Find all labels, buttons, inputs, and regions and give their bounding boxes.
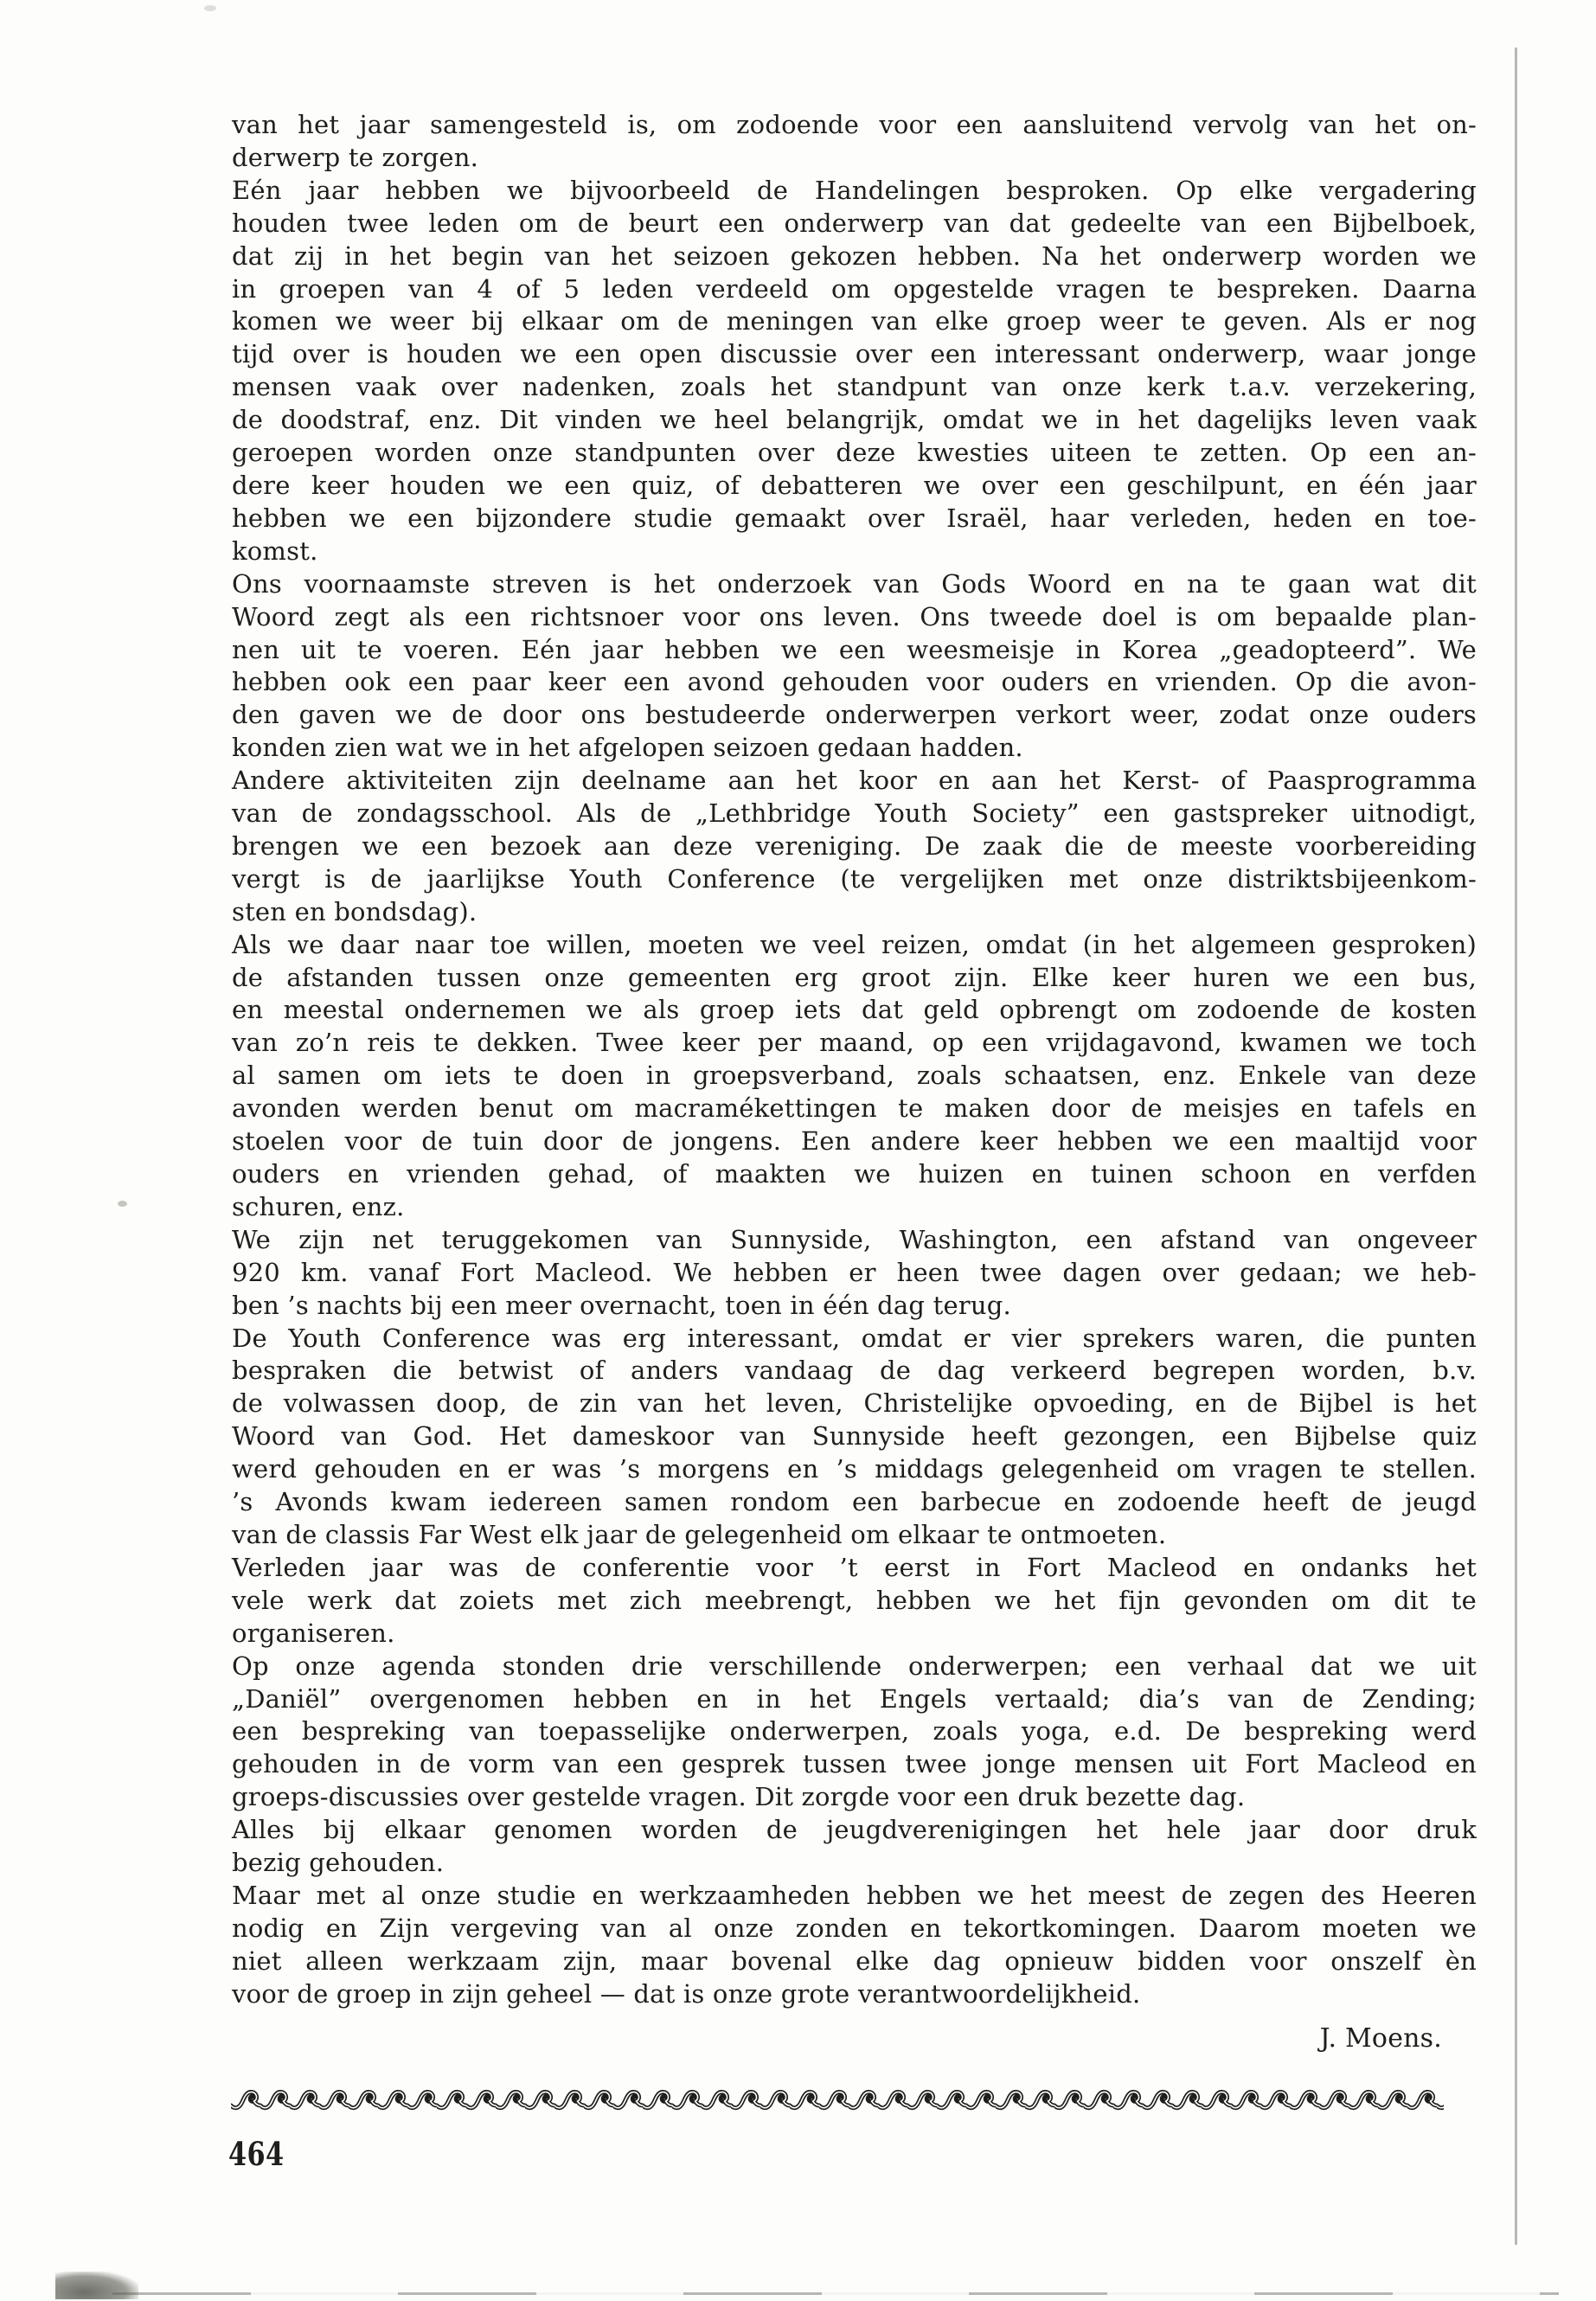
scanned-page: van het jaar samengesteld is, om zodoend… [0, 0, 1596, 2301]
body-line: tijd over is houden we een open discussi… [232, 338, 1477, 371]
body-line: organiseren. [232, 1618, 1477, 1650]
scan-artifact-right-edge-line [1515, 48, 1517, 2245]
body-line: gehouden in de vorm van een gesprek tuss… [232, 1748, 1477, 1781]
body-line: van de zondagsschool. Als de „Lethbridge… [232, 798, 1477, 830]
body-line: de afstanden tussen onze gemeenten erg g… [232, 962, 1477, 995]
body-line: van zo’n reis te dekken. Twee keer per m… [232, 1027, 1477, 1060]
body-line: voor de groep in zijn geheel — dat is on… [232, 1978, 1477, 2011]
body-line: Eén jaar hebben we bijvoorbeeld de Hande… [232, 175, 1477, 208]
scan-artifact-bottom-left-blob [55, 2272, 138, 2299]
body-line: De Youth Conference was erg interessant,… [232, 1323, 1477, 1356]
body-line: een bespreking van toepasselijke onderwe… [232, 1715, 1477, 1748]
body-line: sten en bondsdag). [232, 896, 1477, 929]
body-line: derwerp te zorgen. [232, 142, 1477, 175]
body-line: Woord van God. Het dameskoor van Sunnysi… [232, 1420, 1477, 1453]
body-line: ouders en vrienden gehad, of maakten we … [232, 1158, 1477, 1191]
body-line: nen uit te voeren. Eén jaar hebben we ee… [232, 634, 1477, 667]
body-line: groeps-discussies over gestelde vragen. … [232, 1781, 1477, 1814]
body-line: de doodstraf, enz. Dit vinden we heel be… [232, 404, 1477, 437]
body-line: en meestal ondernemen we als groep iets … [232, 994, 1477, 1027]
body-line: vergt is de jaarlijkse Youth Conference … [232, 863, 1477, 896]
body-line: Verleden jaar was de conferentie voor ’t… [232, 1552, 1477, 1585]
body-line: 920 km. vanaf Fort Macleod. We hebben er… [232, 1257, 1477, 1290]
body-line: dere keer houden we een quiz, of debatte… [232, 470, 1477, 503]
body-line: Op onze agenda stonden drie verschillend… [232, 1650, 1477, 1683]
body-line: stoelen voor de tuin door de jongens. Ee… [232, 1125, 1477, 1158]
wave-scroll-divider [231, 2088, 1444, 2112]
body-line: bespraken die betwist of anders vandaag … [232, 1355, 1477, 1388]
body-line: van de classis Far West elk jaar de gele… [232, 1519, 1477, 1552]
page-number: 464 [228, 2135, 285, 2173]
body-line: de volwassen doop, de zin van het leven,… [232, 1388, 1477, 1420]
body-line: dat zij in het begin van het seizoen gek… [232, 240, 1477, 273]
body-line: ben ’s nachts bij een meer overnacht, to… [232, 1290, 1477, 1323]
article-text-block: van het jaar samengesteld is, om zodoend… [232, 109, 1477, 2054]
article-lines: van het jaar samengesteld is, om zodoend… [232, 109, 1477, 2011]
scan-artifact-left-speck [118, 1201, 127, 1207]
scan-artifact-bottom-edge-line [112, 2292, 1559, 2295]
author-signature: J. Moens. [232, 2023, 1477, 2054]
body-line: vele werk dat zoiets met zich meebrengt,… [232, 1585, 1477, 1618]
body-line: nodig en Zijn vergeving van al onze zond… [232, 1913, 1477, 1945]
body-line: hebben we een bijzondere studie gemaakt … [232, 503, 1477, 535]
body-line: Andere aktiviteiten zijn deelname aan he… [232, 765, 1477, 798]
body-line: ’s Avonds kwam iedereen samen rondom een… [232, 1486, 1477, 1519]
body-line: konden zien wat we in het afgelopen seiz… [232, 732, 1477, 765]
body-line: Woord zegt als een richtsnoer voor ons l… [232, 601, 1477, 634]
body-line: mensen vaak over nadenken, zoals het sta… [232, 371, 1477, 404]
body-line: „Daniël” overgenomen hebben en in het En… [232, 1683, 1477, 1716]
body-line: in groepen van 4 of 5 leden verdeeld om … [232, 273, 1477, 306]
body-line: geroepen worden onze standpunten over de… [232, 437, 1477, 470]
body-line: schuren, enz. [232, 1191, 1477, 1224]
body-line: brengen we een bezoek aan deze verenigin… [232, 830, 1477, 863]
body-line: hebben ook een paar keer een avond gehou… [232, 666, 1477, 699]
body-line: niet alleen werkzaam zijn, maar bovenal … [232, 1945, 1477, 1978]
body-line: komst. [232, 535, 1477, 568]
body-line: Als we daar naar toe willen, moeten we v… [232, 929, 1477, 962]
body-line: al samen om iets te doen in groepsverban… [232, 1060, 1477, 1093]
body-line: avonden werden benut om macramékettingen… [232, 1093, 1477, 1125]
scan-artifact-top-speck [204, 5, 216, 11]
body-line: We zijn net teruggekomen van Sunnyside, … [232, 1224, 1477, 1257]
body-line: houden twee leden om de beurt een onderw… [232, 208, 1477, 240]
body-line: werd gehouden en er was ’s morgens en ’s… [232, 1453, 1477, 1486]
body-line: bezig gehouden. [232, 1847, 1477, 1880]
body-line: Ons voornaamste streven is het onderzoek… [232, 568, 1477, 601]
body-line: komen we weer bij elkaar om de meningen … [232, 305, 1477, 338]
body-line: den gaven we de door ons bestudeerde ond… [232, 699, 1477, 732]
body-line: Alles bij elkaar genomen worden de jeugd… [232, 1814, 1477, 1847]
body-line: van het jaar samengesteld is, om zodoend… [232, 109, 1477, 142]
body-line: Maar met al onze studie en werkzaamheden… [232, 1880, 1477, 1913]
